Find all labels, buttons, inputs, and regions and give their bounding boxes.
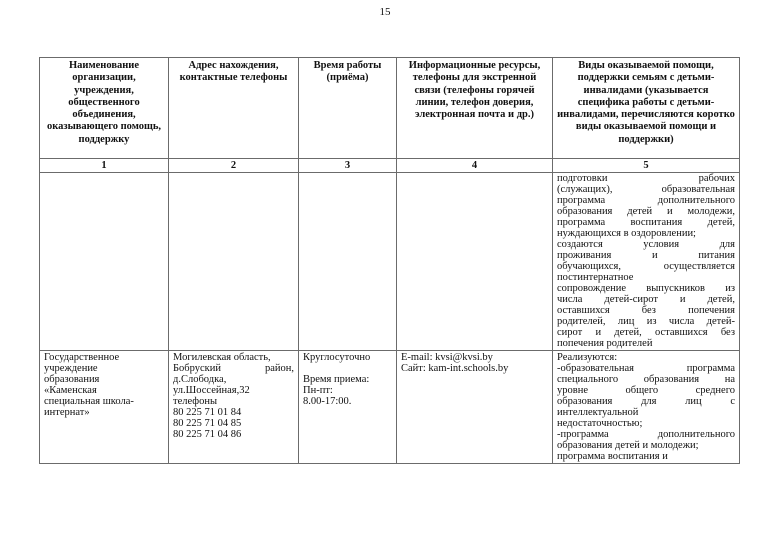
text-line: интеллектуальной bbox=[557, 407, 735, 418]
text-line: обучающихся,осуществляется bbox=[557, 261, 735, 272]
text-line: Круглосуточно bbox=[303, 352, 392, 363]
text-line: попечения родителей bbox=[557, 338, 735, 349]
text-line: образованиядлялицс bbox=[557, 396, 735, 407]
text-line: Бобрускийрайон, bbox=[173, 363, 294, 374]
resources-cell bbox=[397, 173, 553, 351]
organization-cell: Государственноеучреждениеобразования«Кам… bbox=[40, 351, 169, 464]
text-line: программадополнительного bbox=[557, 195, 735, 206]
text-line: 80 225 71 04 86 bbox=[173, 429, 294, 440]
text-line: учреждение bbox=[44, 363, 164, 374]
text-line: образования детей и молодежи; bbox=[557, 440, 735, 451]
text-line: (служащих),образовательная bbox=[557, 184, 735, 195]
text-line: 8.00-17:00. bbox=[303, 396, 392, 407]
text-line: программавоспитаниядетей, bbox=[557, 217, 735, 228]
column-number-row: 1 2 3 4 5 bbox=[40, 159, 740, 173]
text-line: Время приема: bbox=[303, 374, 392, 385]
text-line: создаютсяусловиядля bbox=[557, 239, 735, 250]
table-row: подготовкирабочих(служащих),образователь… bbox=[40, 173, 740, 351]
help-types-cell: Реализуются:-образовательнаяпрограммаспе… bbox=[553, 351, 740, 464]
table-row: Государственноеучреждениеобразования«Кам… bbox=[40, 351, 740, 464]
column-number: 3 bbox=[299, 159, 397, 173]
text-line: специальная школа- bbox=[44, 396, 164, 407]
text-line: подготовкирабочих bbox=[557, 173, 735, 184]
text-line: д.Слободка, bbox=[173, 374, 294, 385]
column-number: 1 bbox=[40, 159, 169, 173]
text-line: образованиядетейимолодежи, bbox=[557, 206, 735, 217]
text-line: сопровождениевыпускниковиз bbox=[557, 283, 735, 294]
header-organization: Наименование организации, учреждения, об… bbox=[40, 58, 169, 159]
hours-cell: КруглосуточноВремя приема:Пн-пт:8.00-17:… bbox=[299, 351, 397, 464]
text-line: телефоны bbox=[173, 396, 294, 407]
text-line: Государственное bbox=[44, 352, 164, 363]
help-types-cell: подготовкирабочих(служащих),образователь… bbox=[553, 173, 740, 351]
text-line: интернат» bbox=[44, 407, 164, 418]
text-line: «Каменская bbox=[44, 385, 164, 396]
text-line bbox=[303, 363, 392, 374]
table-header-row: Наименование организации, учреждения, об… bbox=[40, 58, 740, 159]
header-address: Адрес нахождения, контактные телефоны bbox=[169, 58, 299, 159]
text-line: 80 225 71 04 85 bbox=[173, 418, 294, 429]
address-cell bbox=[169, 173, 299, 351]
text-line: проживанияипитания bbox=[557, 250, 735, 261]
resources-cell: E-mail: kvsi@kvsi.byСайт: kam-int.school… bbox=[397, 351, 553, 464]
text-line: -образовательнаяпрограмма bbox=[557, 363, 735, 374]
column-number: 4 bbox=[397, 159, 553, 173]
column-number: 5 bbox=[553, 159, 740, 173]
text-line: ул.Шоссейная,32 bbox=[173, 385, 294, 396]
text-line: нуждающихся в оздоровлении; bbox=[557, 228, 735, 239]
text-line: программа воспитания и bbox=[557, 451, 735, 462]
text-line: -программадополнительного bbox=[557, 429, 735, 440]
header-hours: Время работы (приёма) bbox=[299, 58, 397, 159]
text-line: образования bbox=[44, 374, 164, 385]
hours-cell bbox=[299, 173, 397, 351]
organization-cell bbox=[40, 173, 169, 351]
text-line: оставшихсябезпопечения bbox=[557, 305, 735, 316]
text-line: числадетей-сиротидетей, bbox=[557, 294, 735, 305]
address-cell: Могилевская область,Бобрускийрайон,д.Сло… bbox=[169, 351, 299, 464]
header-help-types: Виды оказываемой помощи, поддержки семья… bbox=[553, 58, 740, 159]
text-line: Могилевская область, bbox=[173, 352, 294, 363]
text-line: специальногообразованияна bbox=[557, 374, 735, 385]
text-line: родителей,лицизчисладетей- bbox=[557, 316, 735, 327]
text-line: Пн-пт: bbox=[303, 385, 392, 396]
support-organizations-table: Наименование организации, учреждения, об… bbox=[39, 57, 740, 464]
text-line: сиротидетей,оставшихсябез bbox=[557, 327, 735, 338]
page-number: 15 bbox=[0, 6, 770, 18]
text-line: постинтернатное bbox=[557, 272, 735, 283]
text-line: 80 225 71 01 84 bbox=[173, 407, 294, 418]
text-line: недостаточностью; bbox=[557, 418, 735, 429]
text-line: уровнеобщегосреднего bbox=[557, 385, 735, 396]
text-line: E-mail: kvsi@kvsi.by bbox=[401, 352, 548, 363]
text-line: Реализуются: bbox=[557, 352, 735, 363]
column-number: 2 bbox=[169, 159, 299, 173]
header-resources: Информационные ресурсы, телефоны для экс… bbox=[397, 58, 553, 159]
text-line: Сайт: kam-int.schools.by bbox=[401, 363, 548, 374]
